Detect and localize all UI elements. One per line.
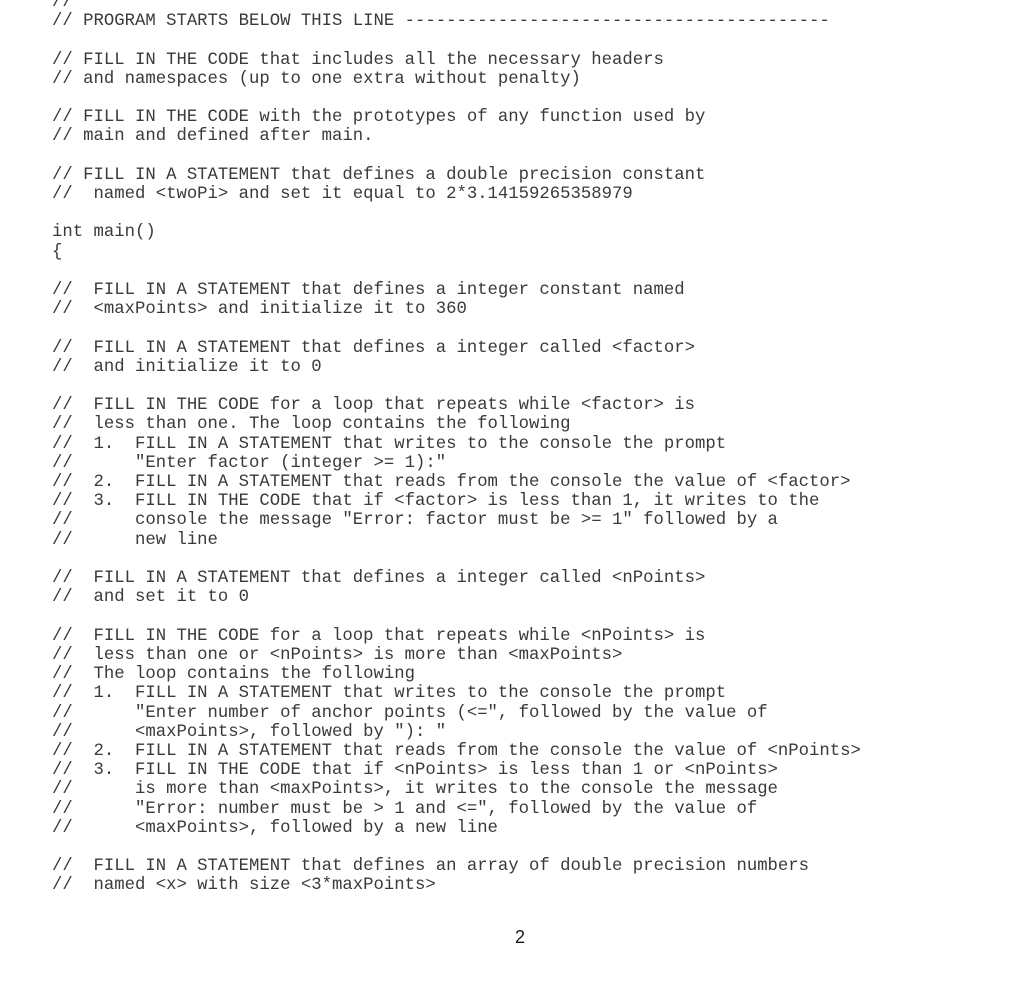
document-page: // // PROGRAM STARTS BELOW THIS LINE ---… xyxy=(0,0,1024,982)
page-number: 2 xyxy=(515,927,525,948)
code-comment-block: // // PROGRAM STARTS BELOW THIS LINE ---… xyxy=(0,0,1024,896)
